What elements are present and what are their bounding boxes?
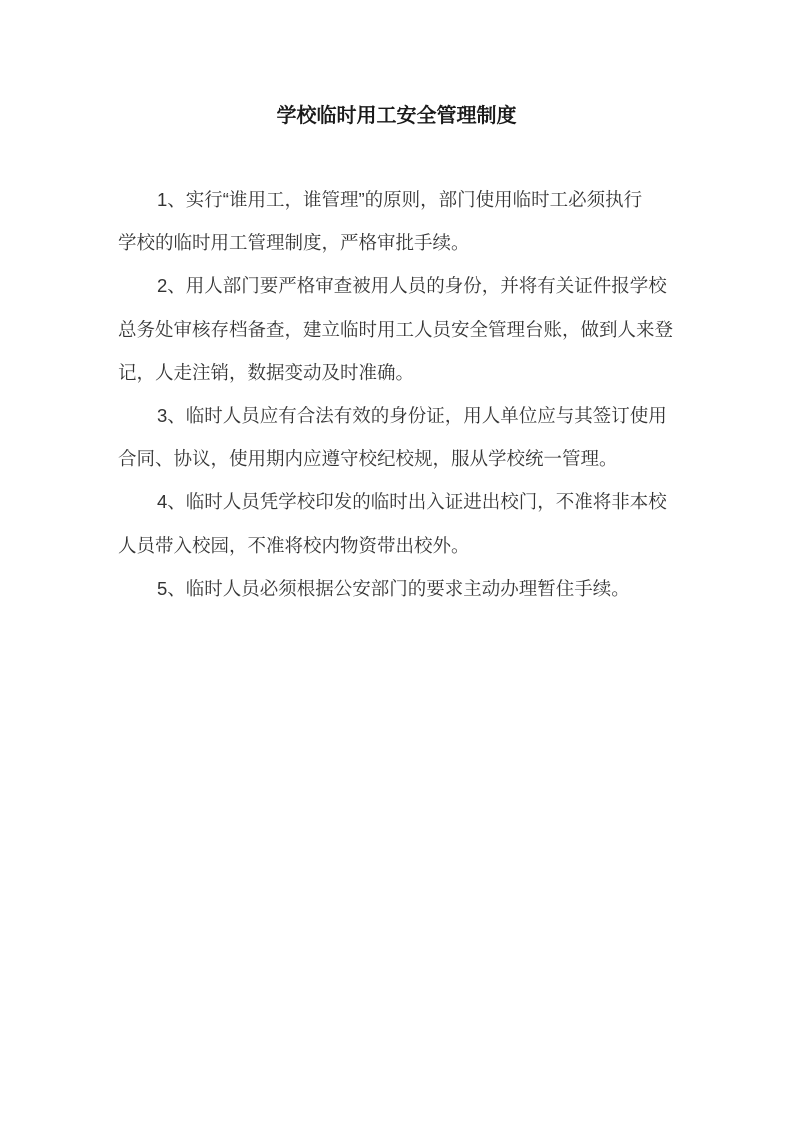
paragraph: 1、实行“谁用工，谁管理”的原则，部门使用临时工必须执行学校的临时用工管理制度，… <box>118 178 675 264</box>
text-line: 总务处审核存档备查，建立临时用工人员安全管理台账，做到人来登 <box>118 308 675 351</box>
paragraph: 4、临时人员凭学校印发的临时出入证进出校门，不准将非本校人员带入校园，不准将校内… <box>118 480 675 566</box>
paragraph: 2、用人部门要严格审查被用人员的身份，并将有关证件报学校总务处审核存档备查，建立… <box>118 264 675 394</box>
document-body: 1、实行“谁用工，谁管理”的原则，部门使用临时工必须执行学校的临时用工管理制度，… <box>118 178 675 610</box>
paragraph: 5、临时人员必须根据公安部门的要求主动办理暂住手续。 <box>118 567 675 610</box>
paragraph-first-line: 2、用人部门要严格审查被用人员的身份，并将有关证件报学校 <box>118 264 675 307</box>
document-page: 学校临时用工安全管理制度 1、实行“谁用工，谁管理”的原则，部门使用临时工必须执… <box>0 0 793 1122</box>
paragraph-first-line: 3、临时人员应有合法有效的身份证，用人单位应与其签订使用 <box>118 394 675 437</box>
text-line: 记，人走注销，数据变动及时准确。 <box>118 351 675 394</box>
document-title: 学校临时用工安全管理制度 <box>118 103 675 129</box>
paragraph-first-line: 4、临时人员凭学校印发的临时出入证进出校门，不准将非本校 <box>118 480 675 523</box>
paragraph-first-line: 5、临时人员必须根据公安部门的要求主动办理暂住手续。 <box>118 567 675 610</box>
text-line: 人员带入校园，不准将校内物资带出校外。 <box>118 524 675 567</box>
text-line: 学校的临时用工管理制度，严格审批手续。 <box>118 221 675 264</box>
paragraph-first-line: 1、实行“谁用工，谁管理”的原则，部门使用临时工必须执行 <box>118 178 675 221</box>
paragraph: 3、临时人员应有合法有效的身份证，用人单位应与其签订使用合同、协议，使用期内应遵… <box>118 394 675 480</box>
text-line: 合同、协议，使用期内应遵守校纪校规，服从学校统一管理。 <box>118 437 675 480</box>
